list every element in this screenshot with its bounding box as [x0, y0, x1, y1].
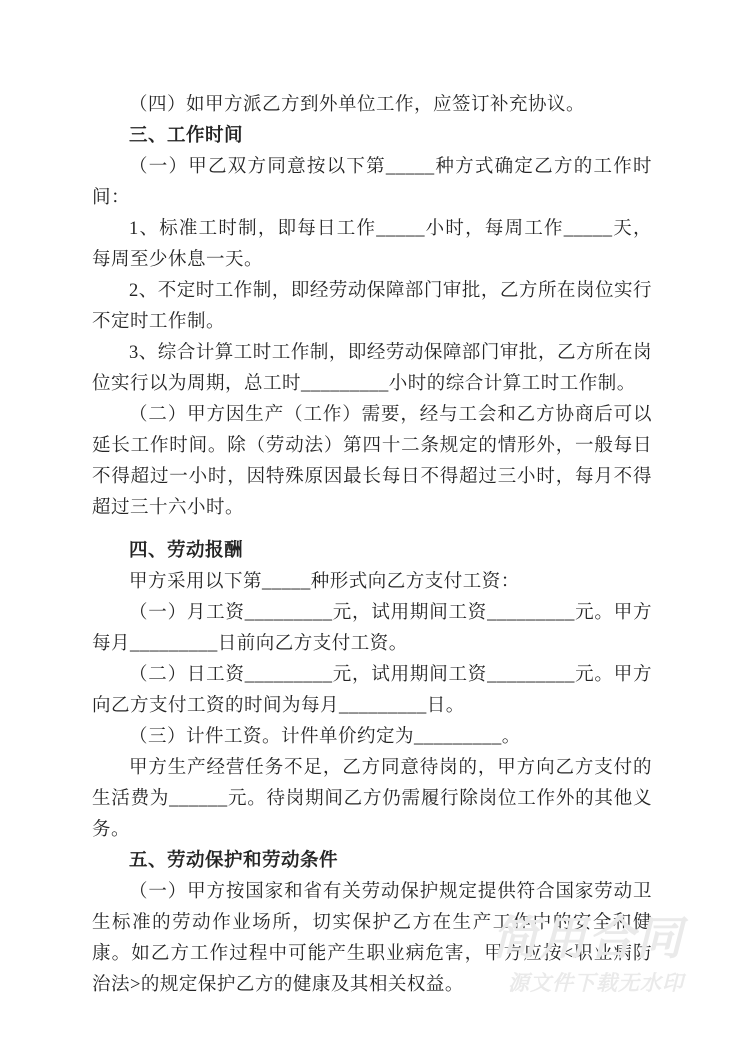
contract-clause: 甲方生产经营任务不足，乙方同意待岗的，甲方向乙方支付的生活费为______元。待… [92, 753, 652, 846]
contract-clause: （二）日工资_________元，试用期间工资_________元。甲方向乙方支… [92, 660, 652, 722]
contract-page: （四）如甲方派乙方到外单位工作，应签订补充协议。 三、工作时间 （一）甲乙双方同… [0, 0, 742, 1049]
watermark-logo-text: 简用合同 [492, 914, 684, 964]
contract-clause: （二）甲方因生产（工作）需要，经与工会和乙方协商后可以延长工作时间。除（劳动法）… [92, 400, 652, 524]
contract-clause: 甲方采用以下第_____种形式向乙方支付工资： [92, 567, 652, 598]
contract-clause: （四）如甲方派乙方到外单位工作，应签订补充协议。 [92, 90, 652, 121]
watermark-tagline: 源文件下载无水印 [492, 967, 684, 997]
section-heading-labor-protection: 五、劳动保护和劳动条件 [92, 846, 652, 877]
contract-clause: 2、不定时工作制，即经劳动保障部门审批，乙方所在岗位实行不定时工作制。 [92, 276, 652, 338]
contract-body: （四）如甲方派乙方到外单位工作，应签订补充协议。 三、工作时间 （一）甲乙双方同… [92, 90, 652, 1001]
contract-clause: （三）计件工资。计件单价约定为_________。 [92, 722, 652, 753]
section-heading-labor-pay: 四、劳动报酬 [92, 536, 652, 567]
contract-clause: 3、综合计算工时工作制，即经劳动保障部门审批，乙方所在岗位实行以为周期，总工时_… [92, 338, 652, 400]
contract-clause: （一）月工资_________元，试用期间工资_________元。甲方每月__… [92, 598, 652, 660]
watermark: 简用合同 源文件下载无水印 [492, 914, 684, 997]
section-heading-work-time: 三、工作时间 [92, 121, 652, 152]
contract-clause: （一）甲乙双方同意按以下第_____种方式确定乙方的工作时间： [92, 152, 652, 214]
contract-clause: 1、标准工时制，即每日工作_____小时，每周工作_____天，每周至少休息一天… [92, 214, 652, 276]
